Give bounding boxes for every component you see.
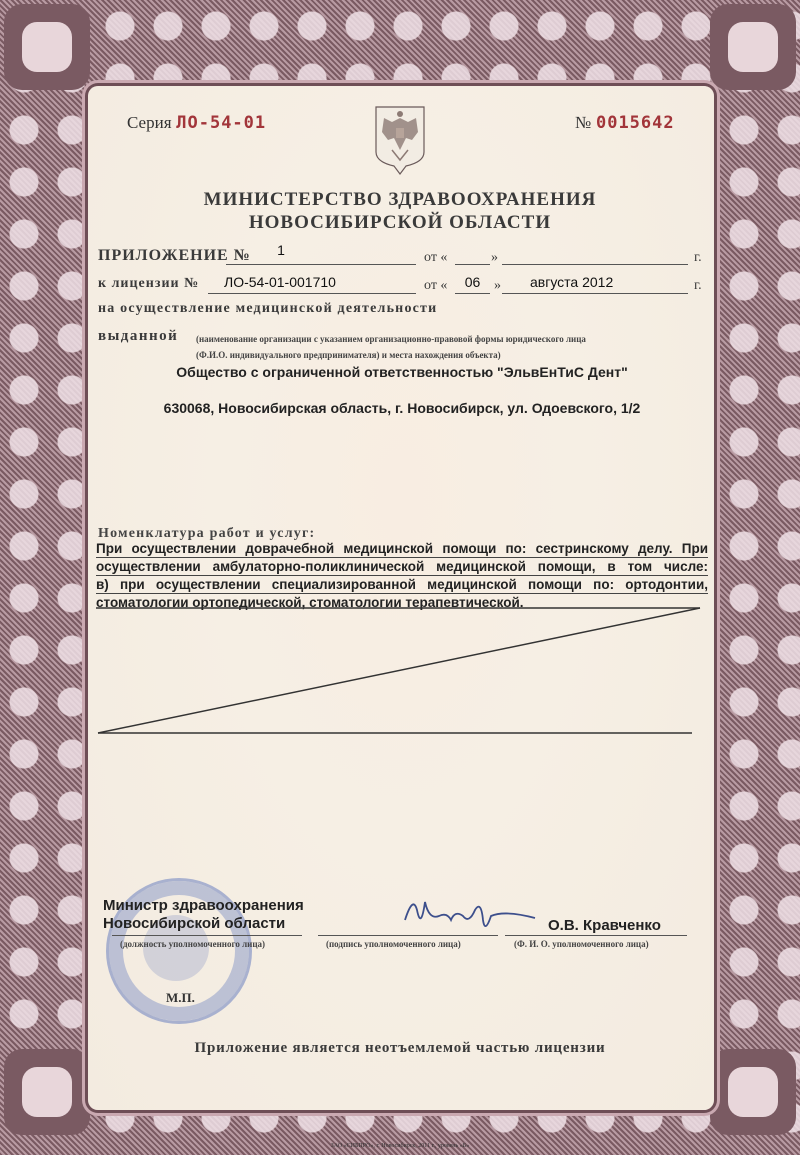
position-hint: (должность уполномоченного лица) — [120, 939, 265, 949]
position-line-1: Министр здравоохранения — [103, 897, 304, 915]
signatory-name: О.В. Кравченко — [548, 917, 661, 934]
printer-imprint: ЗАО «СИБПРО», г. Новосибирск, 2011 г., у… — [200, 1143, 600, 1149]
name-hint: (Ф. И. О. уполномоченного лица) — [514, 939, 649, 949]
seal-label: М.П. — [166, 990, 195, 1006]
footer-note: Приложение является неотъемлемой частью … — [100, 1040, 700, 1057]
signatory-position: Министр здравоохранения Новосибирской об… — [103, 897, 304, 933]
position-line-2: Новосибирской области — [103, 915, 304, 933]
signature-icon — [395, 890, 545, 945]
signature-hint: (подпись уполномоченного лица) — [326, 939, 461, 949]
